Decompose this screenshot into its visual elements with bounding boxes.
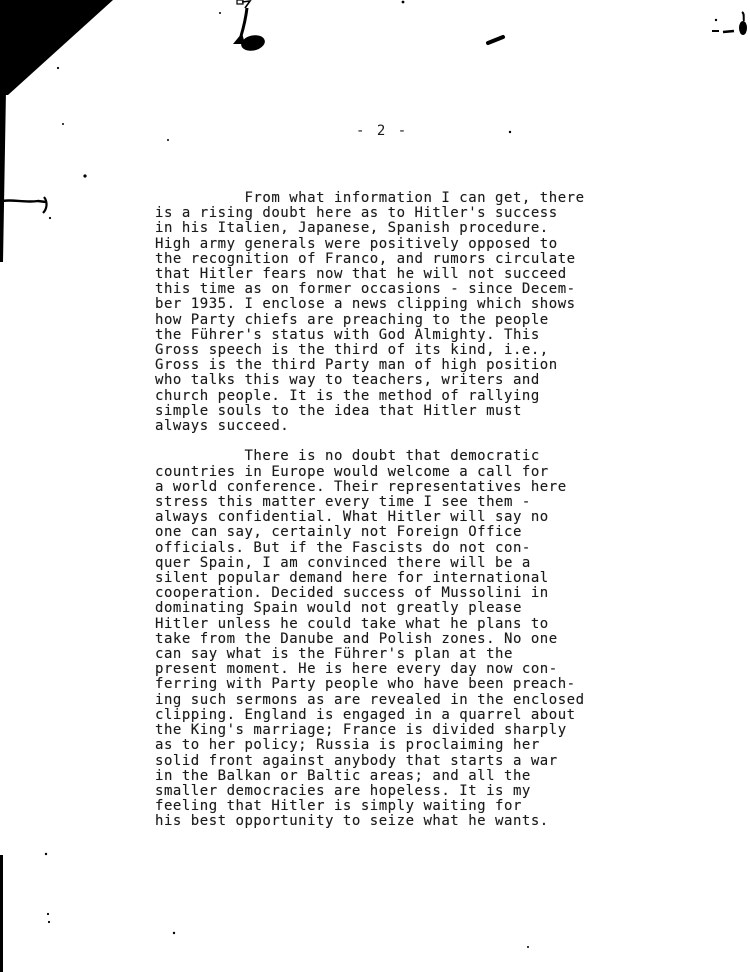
pen-dash-mark bbox=[488, 37, 503, 43]
page-number: - 2 - bbox=[356, 123, 408, 139]
left-edge-shadow-top bbox=[0, 90, 6, 262]
right-edge-smudge bbox=[712, 12, 747, 35]
left-margin-scribble bbox=[3, 197, 51, 219]
pen-stroke-mark bbox=[233, 0, 266, 53]
document-page: - 2 - From what information I can get, t… bbox=[0, 0, 750, 972]
letter-body: From what information I can get, there i… bbox=[155, 191, 635, 830]
left-edge-shadow-bottom bbox=[0, 855, 3, 972]
corner-shadow bbox=[0, 0, 113, 95]
paragraph-1: From what information I can get, there i… bbox=[155, 191, 635, 434]
paragraph-2: There is no doubt that democratic countr… bbox=[155, 449, 635, 829]
